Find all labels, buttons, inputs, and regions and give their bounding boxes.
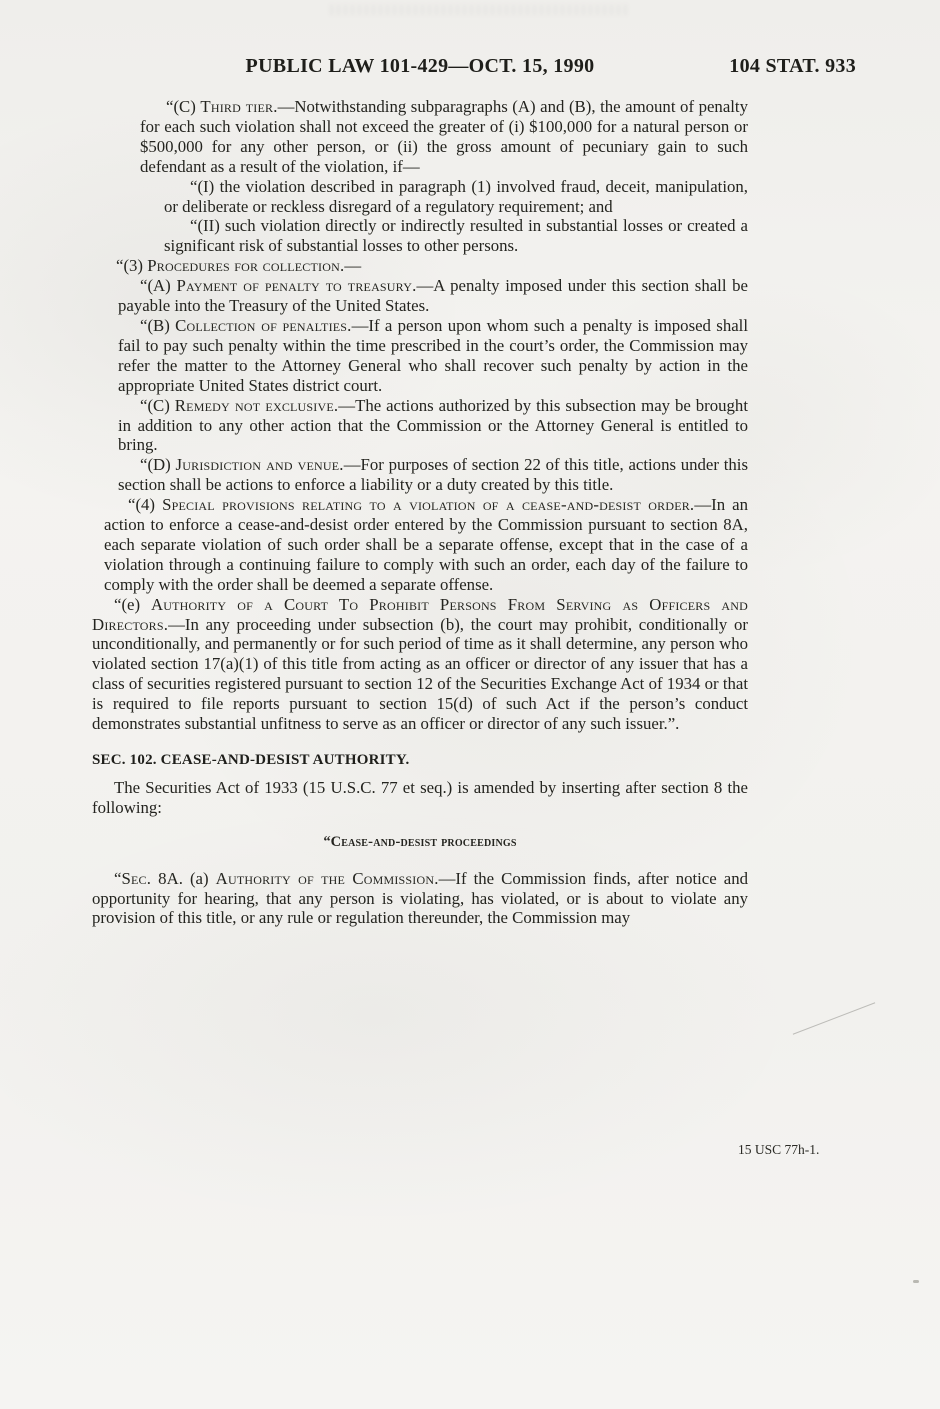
amendment-intro-paragraph: The Securities Act of 1933 (15 U.S.C. 77…	[92, 778, 748, 818]
paragraph-heading: Remedy not exclusive.	[175, 396, 339, 415]
paragraph-heading: Authority of the Commission.	[216, 869, 439, 888]
paragraph-enumerator: “(4)	[128, 495, 162, 514]
paragraph-enumerator: “(D)	[140, 455, 176, 474]
paragraph-enumerator: “(II)	[190, 216, 225, 235]
statute-text-column: “(C) Third tier.—Notwithstanding subpara…	[92, 97, 748, 928]
statute-subparagraph-b-collection: “(B) Collection of penalties.—If a perso…	[118, 316, 748, 396]
paragraph-enumerator: “(3)	[116, 256, 147, 275]
paragraph-text: the violation described in paragraph (1)…	[164, 177, 748, 216]
paragraph-enumerator: “(I)	[190, 177, 220, 196]
sec-number: 8A. (a)	[151, 869, 216, 888]
quoted-center-heading: “Cease-and-desist proceedings	[92, 833, 748, 853]
statute-clause-ii: “(II) such violation directly or indirec…	[164, 216, 748, 256]
scan-artifact-scratch	[793, 1002, 876, 1034]
paragraph-heading: Special provisions relating to a violati…	[162, 495, 694, 514]
statute-sec-8a-paragraph: “Sec. 8A. (a) Authority of the Commissio…	[92, 869, 748, 929]
statute-subparagraph-c-remedy: “(C) Remedy not exclusive.—The actions a…	[118, 396, 748, 456]
paragraph-enumerator: “(e)	[114, 595, 151, 614]
paragraph-text: —	[344, 256, 361, 275]
paragraph-heading: Collection of penalties.	[175, 316, 351, 335]
statute-paragraph-c-third-tier: “(C) Third tier.—Notwithstanding subpara…	[140, 97, 748, 177]
statute-paragraph-3-procedures: “(3) Procedures for collection.—	[104, 256, 748, 276]
scan-artifact-speck	[913, 1280, 919, 1283]
paragraph-heading: Third tier.	[200, 97, 277, 116]
paragraph-enumerator: “(C)	[140, 396, 175, 415]
paragraph-heading: Jurisdiction and venue.	[176, 455, 344, 474]
paragraph-heading: Payment of penalty to treasury.	[176, 276, 416, 295]
statute-subsection-e-authority: “(e) Authority of a Court To Prohibit Pe…	[92, 595, 748, 734]
paragraph-enumerator: “(A)	[140, 276, 176, 295]
paragraph-text: such violation directly or indirectly re…	[164, 216, 748, 255]
statute-subparagraph-d-jurisdiction: “(D) Jurisdiction and venue.—For purpose…	[118, 455, 748, 495]
paragraph-heading: Procedures for collection.	[147, 256, 344, 275]
running-head-stat-citation: 104 STAT. 933	[729, 55, 856, 78]
scan-artifact-ghost-text	[330, 4, 630, 16]
usc-citation-margin-note: 15 USC 77h-1.	[738, 1142, 878, 1158]
sec-label: Sec.	[121, 869, 151, 888]
open-quote: “	[323, 834, 330, 850]
statute-subparagraph-a-payment: “(A) Payment of penalty to treasury.—A p…	[118, 276, 748, 316]
paragraph-enumerator: “(C)	[166, 97, 200, 116]
paragraph-text: —In any proceeding under subsection (b),…	[92, 615, 748, 734]
running-head-law-title: PUBLIC LAW 101-429—OCT. 15, 1990	[92, 55, 748, 78]
center-heading-title: Cease-and-desist proceedings	[331, 834, 517, 850]
section-102-heading: SEC. 102. CEASE-AND-DESIST AUTHORITY.	[92, 751, 748, 771]
statute-paragraph-4-special-provisions: “(4) Special provisions relating to a vi…	[104, 495, 748, 595]
scanned-statute-page: PUBLIC LAW 101-429—OCT. 15, 1990 104 STA…	[0, 0, 940, 1409]
statute-clause-i: “(I) the violation described in paragrap…	[164, 177, 748, 217]
paragraph-enumerator: “(B)	[140, 316, 175, 335]
